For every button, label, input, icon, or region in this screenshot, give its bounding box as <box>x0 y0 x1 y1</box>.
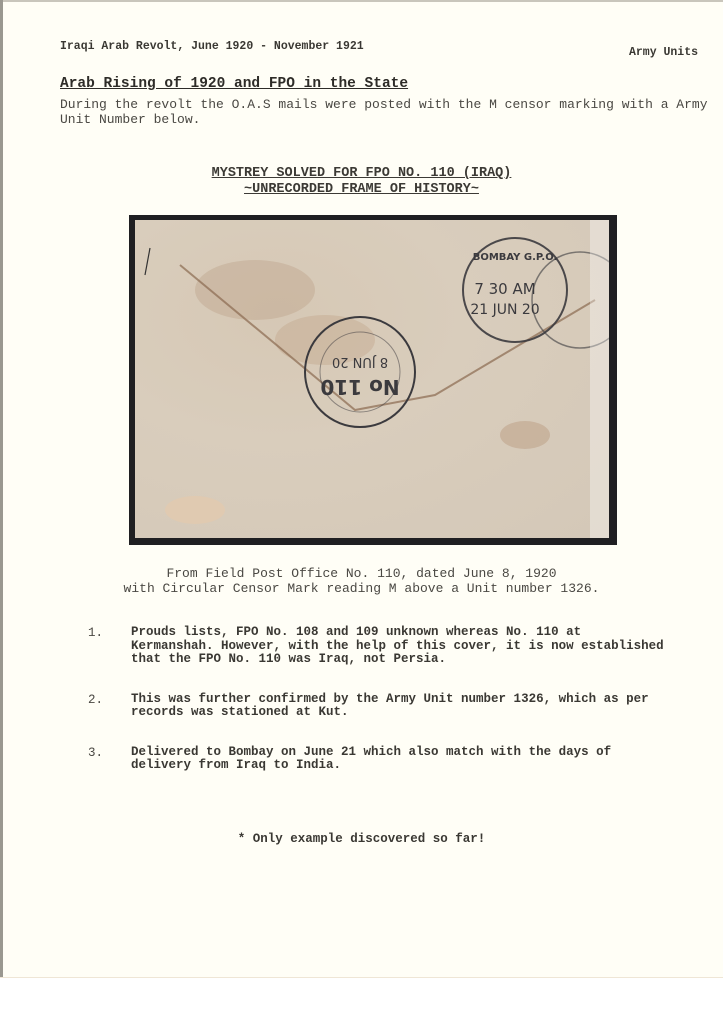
footnote: * Only example discovered so far! <box>0 832 723 846</box>
envelope-back-illustration: No 110 8 JUN 20 BOMBAY G.P.O. 7 30 AM 21… <box>135 220 609 538</box>
header-category: Army Units <box>629 46 698 59</box>
intro-text: During the revolt the O.A.S mails were p… <box>60 97 710 127</box>
svg-text:No 110: No 110 <box>320 375 399 399</box>
doc-title-line1: MYSTREY SOLVED FOR FPO NO. 110 (IRAQ) <box>0 166 723 182</box>
note-number: 1. <box>88 626 131 667</box>
note-item: 2. This was further confirmed by the Arm… <box>88 693 688 720</box>
header-period: Iraqi Arab Revolt, June 1920 - November … <box>60 40 364 53</box>
note-item: 3. Delivered to Bombay on June 21 which … <box>88 746 688 773</box>
notes-list: 1. Prouds lists, FPO No. 108 and 109 unk… <box>88 626 688 799</box>
page-bottom-margin <box>0 977 723 1024</box>
bombay-postmark: BOMBAY G.P.O. 7 30 AM 21 JUN 20 <box>463 238 567 342</box>
cover-image: No 110 8 JUN 20 BOMBAY G.P.O. 7 30 AM 21… <box>135 220 609 538</box>
cover-caption: From Field Post Office No. 110, dated Ju… <box>0 566 723 596</box>
doc-title-line2: ~UNRECORDED FRAME OF HISTORY~ <box>0 182 723 198</box>
note-text: This was further confirmed by the Army U… <box>131 693 671 720</box>
caption-line1: From Field Post Office No. 110, dated Ju… <box>0 566 723 581</box>
svg-text:8 JUN 20: 8 JUN 20 <box>332 354 388 369</box>
note-text: Prouds lists, FPO No. 108 and 109 unknow… <box>131 626 671 667</box>
page-edge-top <box>0 0 723 2</box>
section-title: Arab Rising of 1920 and FPO in the State <box>60 76 408 92</box>
doc-title: MYSTREY SOLVED FOR FPO NO. 110 (IRAQ) ~U… <box>0 166 723 198</box>
svg-text:21 JUN 20: 21 JUN 20 <box>470 302 539 318</box>
note-text: Delivered to Bombay on June 21 which als… <box>131 746 671 773</box>
page-edge-left <box>0 0 3 1024</box>
note-item: 1. Prouds lists, FPO No. 108 and 109 unk… <box>88 626 688 667</box>
note-number: 3. <box>88 746 131 773</box>
cover-image-frame: No 110 8 JUN 20 BOMBAY G.P.O. 7 30 AM 21… <box>129 215 617 545</box>
caption-line2: with Circular Censor Mark reading M abov… <box>0 581 723 596</box>
svg-text:BOMBAY G.P.O.: BOMBAY G.P.O. <box>473 252 558 263</box>
svg-text:7 30 AM: 7 30 AM <box>474 280 535 298</box>
note-number: 2. <box>88 693 131 720</box>
